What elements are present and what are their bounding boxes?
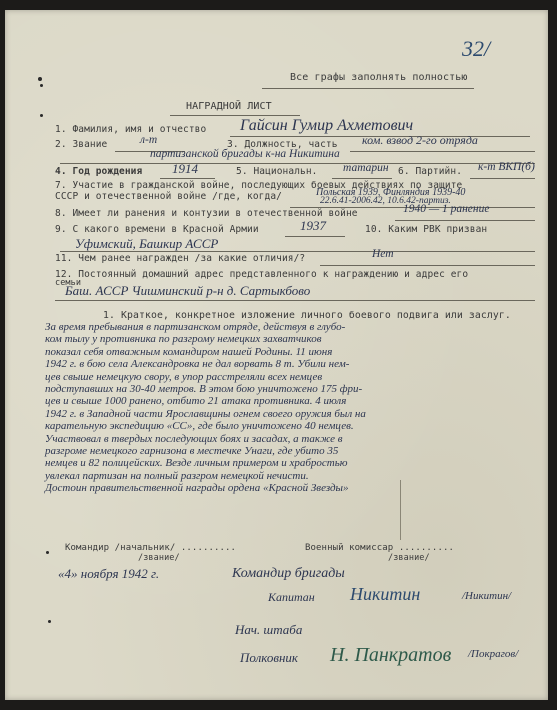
underline xyxy=(60,251,535,252)
commander-label: Командир /начальник/ .......... xyxy=(65,543,236,553)
narrative-line: 1942 г. в бою села Александровка не дал … xyxy=(45,358,540,370)
narrative-line: ком тылу у противника по разгрому немецк… xyxy=(45,333,540,345)
field-1-label: 1. Фамилия, имя и отчество xyxy=(55,124,206,135)
field-11-value: Нет xyxy=(372,248,394,260)
captain-signature: Никитин xyxy=(350,584,420,605)
brigade-commander-title: Командир бригады xyxy=(232,566,345,582)
archive-number: 32/ xyxy=(462,36,490,62)
narrative-line: подступавших на 30-40 метров. В этом бою… xyxy=(45,383,540,395)
narrative-line: карательную экспедицию «СС», где было ун… xyxy=(45,420,540,432)
field-3-value: ком. взвод 2-го отряда xyxy=(362,133,478,148)
underline xyxy=(350,151,535,152)
underline xyxy=(60,163,535,164)
punch-hole xyxy=(38,77,42,81)
narrative-line: цев свыше немецкую свору, в упор расстре… xyxy=(45,371,540,383)
punch-hole xyxy=(40,114,43,117)
commissar-label: Военный комиссар .......... xyxy=(305,543,454,553)
field-10-value: Уфимский, Башкир АССР xyxy=(75,236,218,252)
field-2-label: 2. Звание xyxy=(55,139,107,150)
underline xyxy=(285,236,345,237)
date: «4» ноября 1942 г. xyxy=(58,566,159,582)
narrative-line: цев и свыше 1000 ранено, отбито 21 атака… xyxy=(45,395,540,407)
field-3-value-continued: партизанской бригады к-на Никитина xyxy=(150,148,340,160)
narrative-line: увлекал партизан на полный разгром немец… xyxy=(45,470,540,482)
captain-name: /Никитин/ xyxy=(462,590,511,602)
colonel-signature: Н. Панкратов xyxy=(330,644,451,667)
commissar-sublabel: /звание/ xyxy=(388,553,430,563)
chief-of-staff-title: Нач. штаба xyxy=(235,622,302,638)
punch-hole xyxy=(48,620,51,623)
colonel-name: /Покрагов/ xyxy=(468,648,518,660)
narrative-line: Участвовал в твердых последующих боях и … xyxy=(45,433,540,445)
narrative-line: 1942 г. в Западной части Ярославщины огн… xyxy=(45,408,540,420)
underline xyxy=(470,178,535,179)
narrative-line: разгроме немецкого гарнизона в местечке … xyxy=(45,445,540,457)
field-6-value: к-т ВКП(б) xyxy=(478,161,535,173)
field-7-label-cont: СССР и отечественной войне /где, когда/ xyxy=(55,191,282,202)
punch-hole xyxy=(46,551,49,554)
section-1-heading: 1. Краткое, конкретное изложение личного… xyxy=(103,310,511,321)
field-4-label: 4. Год рождения xyxy=(55,166,142,177)
field-5-label: 5. Национальн. xyxy=(236,166,317,177)
field-11-label: 11. Чем ранее награжден /за какие отличи… xyxy=(55,253,305,264)
narrative-block: За время пребывания в партизанском отряд… xyxy=(45,321,540,495)
underline xyxy=(160,178,215,179)
commander-sublabel: /звание/ xyxy=(138,553,180,563)
underline xyxy=(320,265,535,266)
field-9-value: 1937 xyxy=(300,218,326,234)
field-6-label: 6. Партийн. xyxy=(398,166,462,177)
instruction-text: Все графы заполнять полностью xyxy=(290,72,468,83)
underline xyxy=(395,220,535,221)
field-10-label: 10. Каким РВК призван xyxy=(365,224,487,235)
divider xyxy=(262,88,474,89)
narrative-line: Достоин правительственной награды ордена… xyxy=(45,482,540,494)
field-9-label: 9. С какого времени в Красной Армии xyxy=(55,224,259,235)
colonel-label: Полковник xyxy=(240,650,298,666)
underline xyxy=(55,300,535,301)
field-4-value: 1914 xyxy=(172,161,198,177)
field-5-value: татарин xyxy=(343,162,389,174)
field-12-label: 12. Постоянный домашний адрес представле… xyxy=(55,269,468,280)
captain-label: Капитан xyxy=(268,590,315,605)
punch-hole xyxy=(40,84,43,87)
underline xyxy=(332,178,392,179)
page-title: НАГРАДНОЙ ЛИСТ xyxy=(186,101,272,112)
fold-line xyxy=(400,480,401,540)
narrative-line: показал себя отважным командиром нашей Р… xyxy=(45,346,540,358)
narrative-line: За время пребывания в партизанском отряд… xyxy=(45,321,540,333)
field-12-value: Баш. АССР Чишминский р-н д. Сартыкбово xyxy=(65,283,310,299)
field-2-value: л-т xyxy=(140,134,157,146)
narrative-line: немцев и 82 полицейских. Везде личным пр… xyxy=(45,457,540,469)
field-8-value: 1940 — 1 ранение xyxy=(403,203,489,215)
divider xyxy=(170,115,300,116)
